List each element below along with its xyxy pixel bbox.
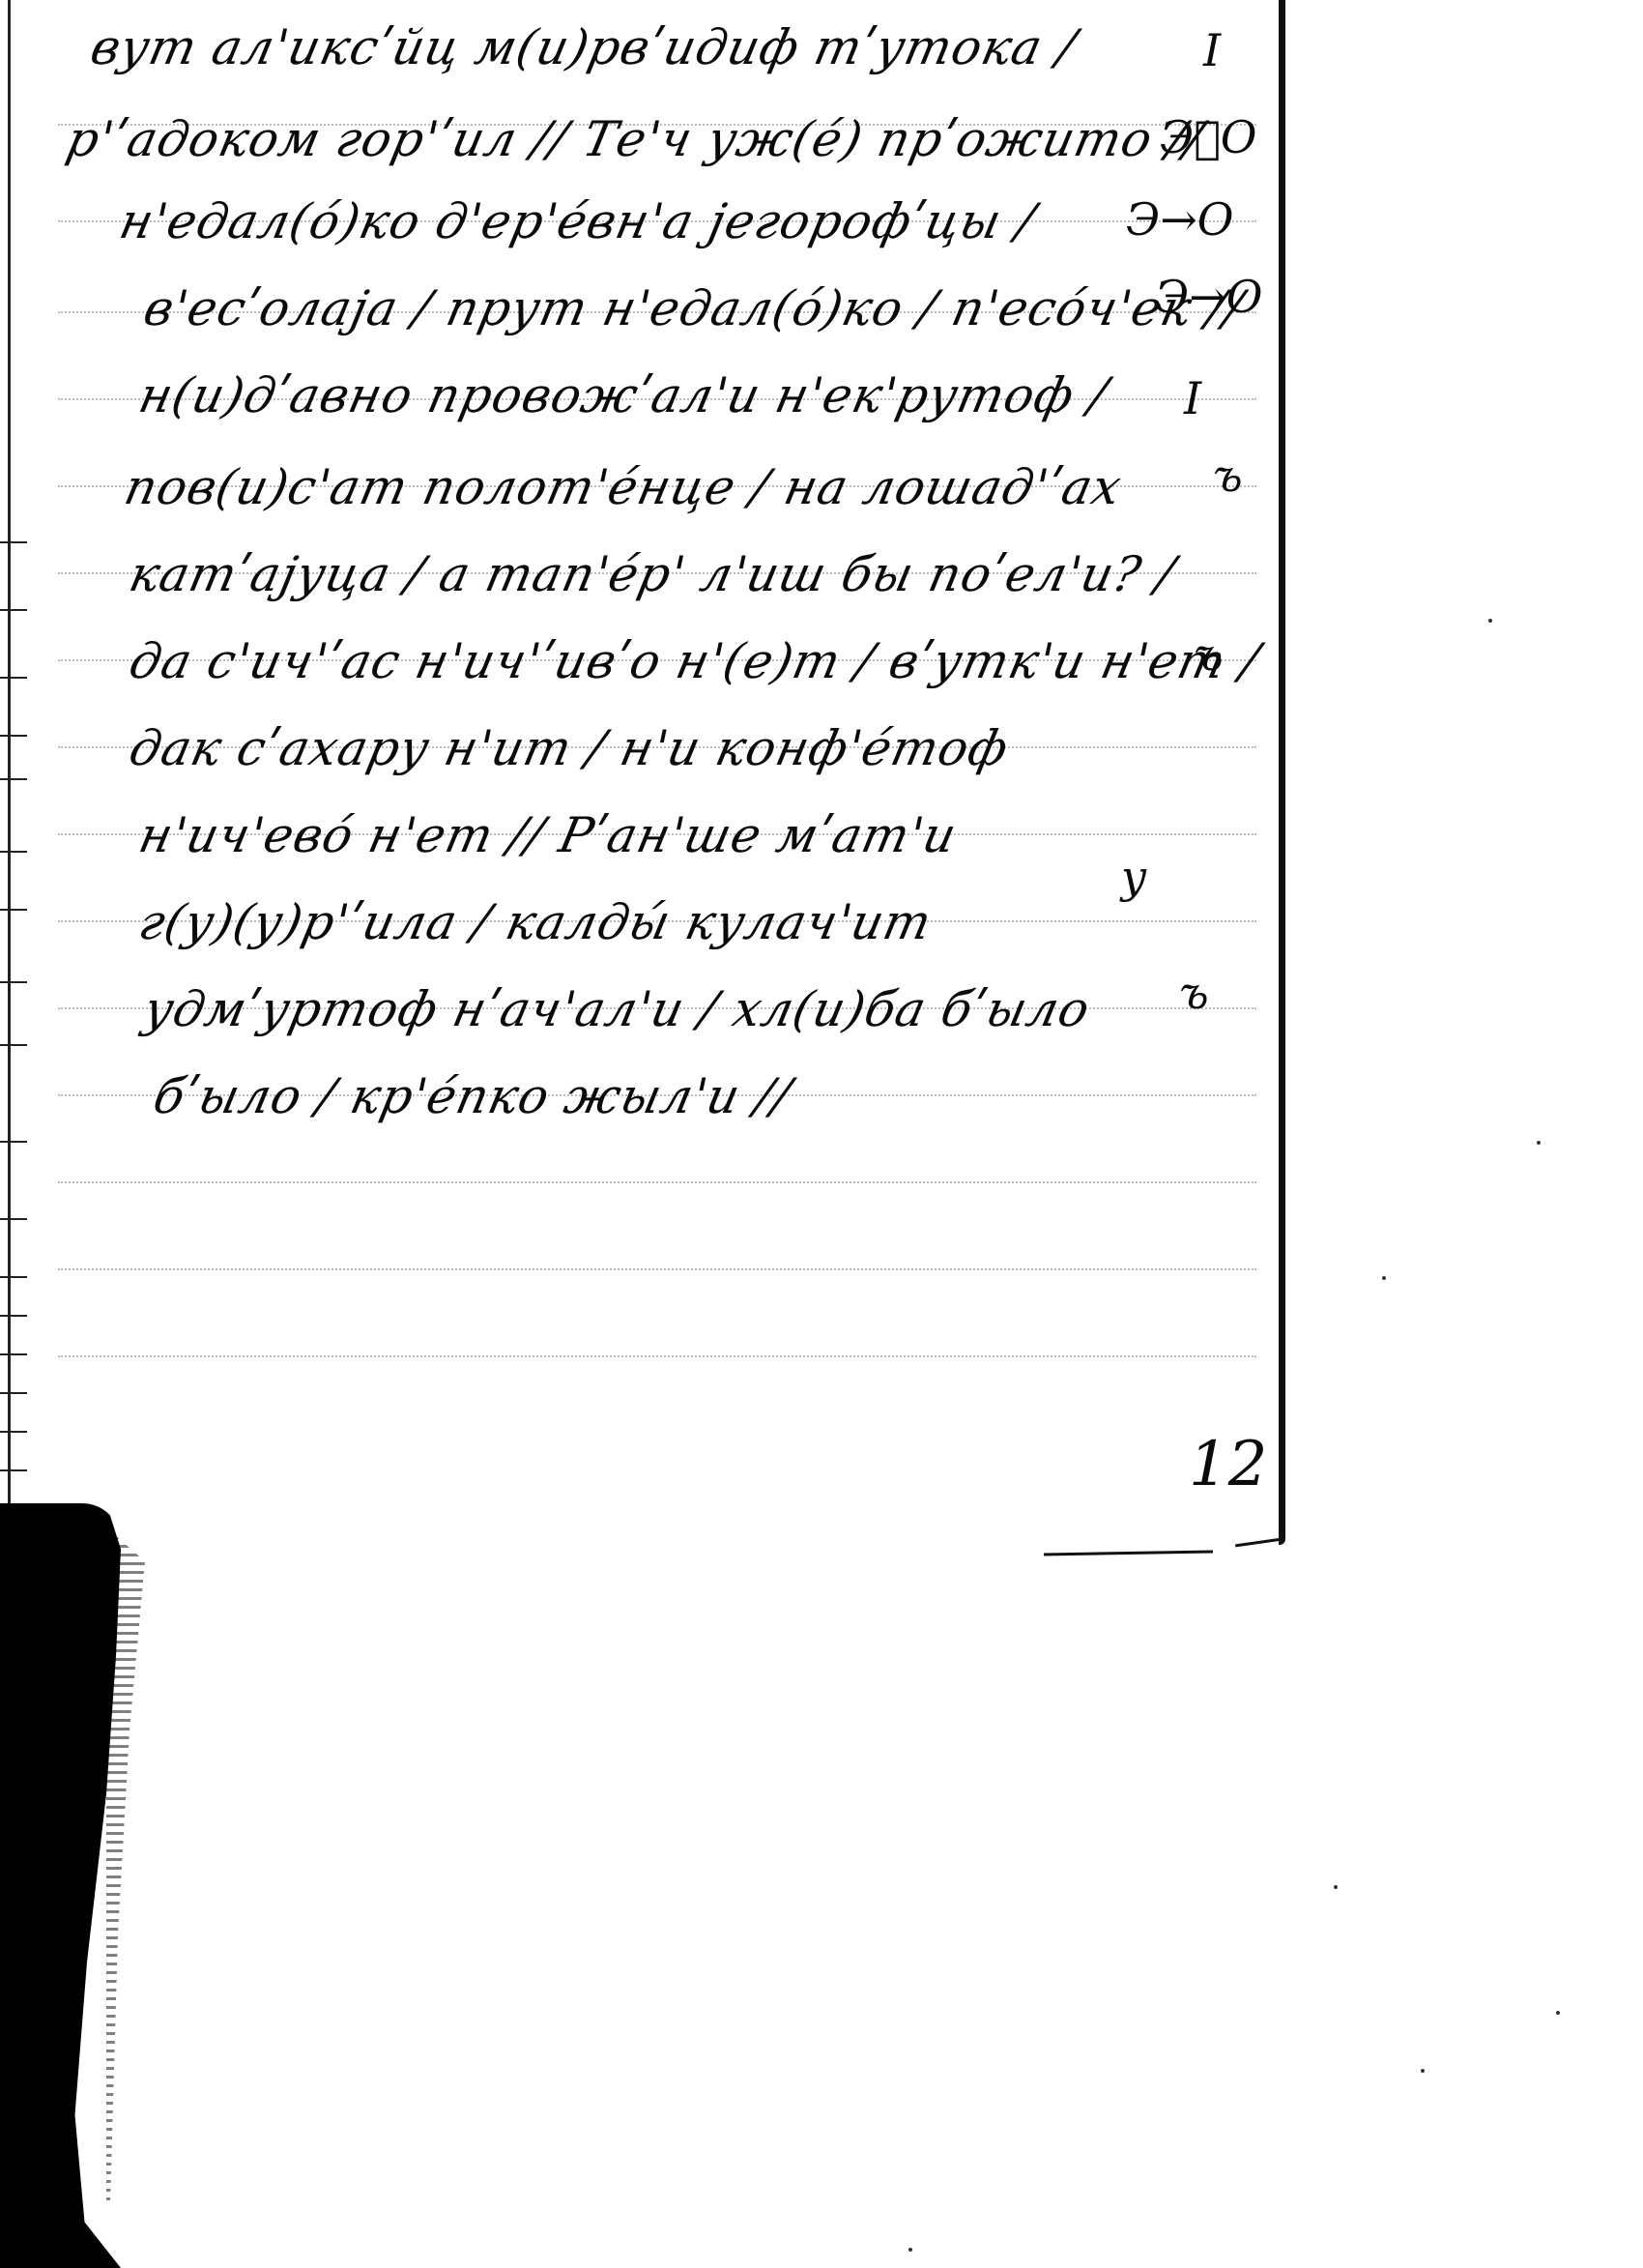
margin-note: ъ xyxy=(1213,450,1243,502)
page-number: 12 xyxy=(1189,1429,1267,1500)
scan-speck xyxy=(1537,1141,1541,1145)
handwritten-line: н(и)дʹавно провожʹал'и н'ек'рутоф / xyxy=(134,367,1113,423)
scanned-page: вут ал'иксʹйц м(и)рвʹидиф тʹутока / р'ʹа… xyxy=(0,0,1643,2268)
margin-note: у xyxy=(1121,851,1147,903)
scan-shadow xyxy=(0,1503,121,2268)
handwritten-line: дак сʹахару н'ит / н'и конф'е́тоф xyxy=(125,720,1014,776)
handwritten-line: в'есʹолаја / прут н'едал(о́)ко / п'есо́ч… xyxy=(139,280,1249,336)
handwritten-line: удмʹуртоф нʹач'ал'и / хл(и)ба бʹыло xyxy=(139,981,1095,1037)
margin-note: ъ xyxy=(1179,967,1209,1019)
handwritten-line: р'ʹадоком гор'ʹил // Те'ч уж(е́) прʹожит… xyxy=(62,111,1209,167)
handwritten-line: н'едал(о́)ко д'ер'е́вн'а јегорофʹцы / xyxy=(115,193,1041,249)
scan-speck xyxy=(1382,1276,1386,1280)
scan-speck xyxy=(1488,619,1492,623)
scan-speck xyxy=(1421,2069,1425,2073)
ruled-line xyxy=(58,1268,1256,1270)
handwritten-line: да с'ич'ʹас н'ич'ʹивʹо н'(е)т / вʹутк'и … xyxy=(125,633,1265,689)
handwritten-line: бʹыло / кр'е́пко жыл'и // xyxy=(149,1068,796,1124)
handwritten-line: н'ич'ево́ н'ет // Рʹан'ше мʹат'и xyxy=(134,807,962,863)
handwritten-line: г(у)(у)р'ʹила / калды́ кулач'ит xyxy=(134,894,937,950)
scan-speck xyxy=(908,2248,912,2252)
page-frame-bottom xyxy=(1044,1550,1213,1556)
handwritten-line: катʹајуца / а тап'е́р' л'иш бы поʹел'и? … xyxy=(125,546,1180,602)
margin-note: Э→О xyxy=(1155,271,1262,323)
margin-note: I xyxy=(1184,372,1201,424)
handwritten-line: пов(и)с'ат полот'е́нце / на лошад'ʹах xyxy=(120,459,1127,515)
page-frame-corner xyxy=(1235,1538,1282,1548)
handwritten-line: вут ал'иксʹйц м(и)рвʹидиф тʹутока / xyxy=(86,19,1081,75)
page-frame-right xyxy=(1279,0,1285,1545)
margin-note: Э→О xyxy=(1126,193,1233,246)
margin-note: Э⃗О xyxy=(1160,111,1257,163)
scan-speck xyxy=(1556,2011,1560,2015)
margin-note: I xyxy=(1203,24,1221,76)
scan-speck xyxy=(1334,1885,1338,1889)
scan-shadow-edge xyxy=(106,1527,145,2204)
ruled-line xyxy=(58,1181,1256,1183)
left-margin-ticks xyxy=(0,541,58,1547)
ruled-line xyxy=(58,1355,1256,1357)
margin-note: ъ xyxy=(1194,628,1224,681)
